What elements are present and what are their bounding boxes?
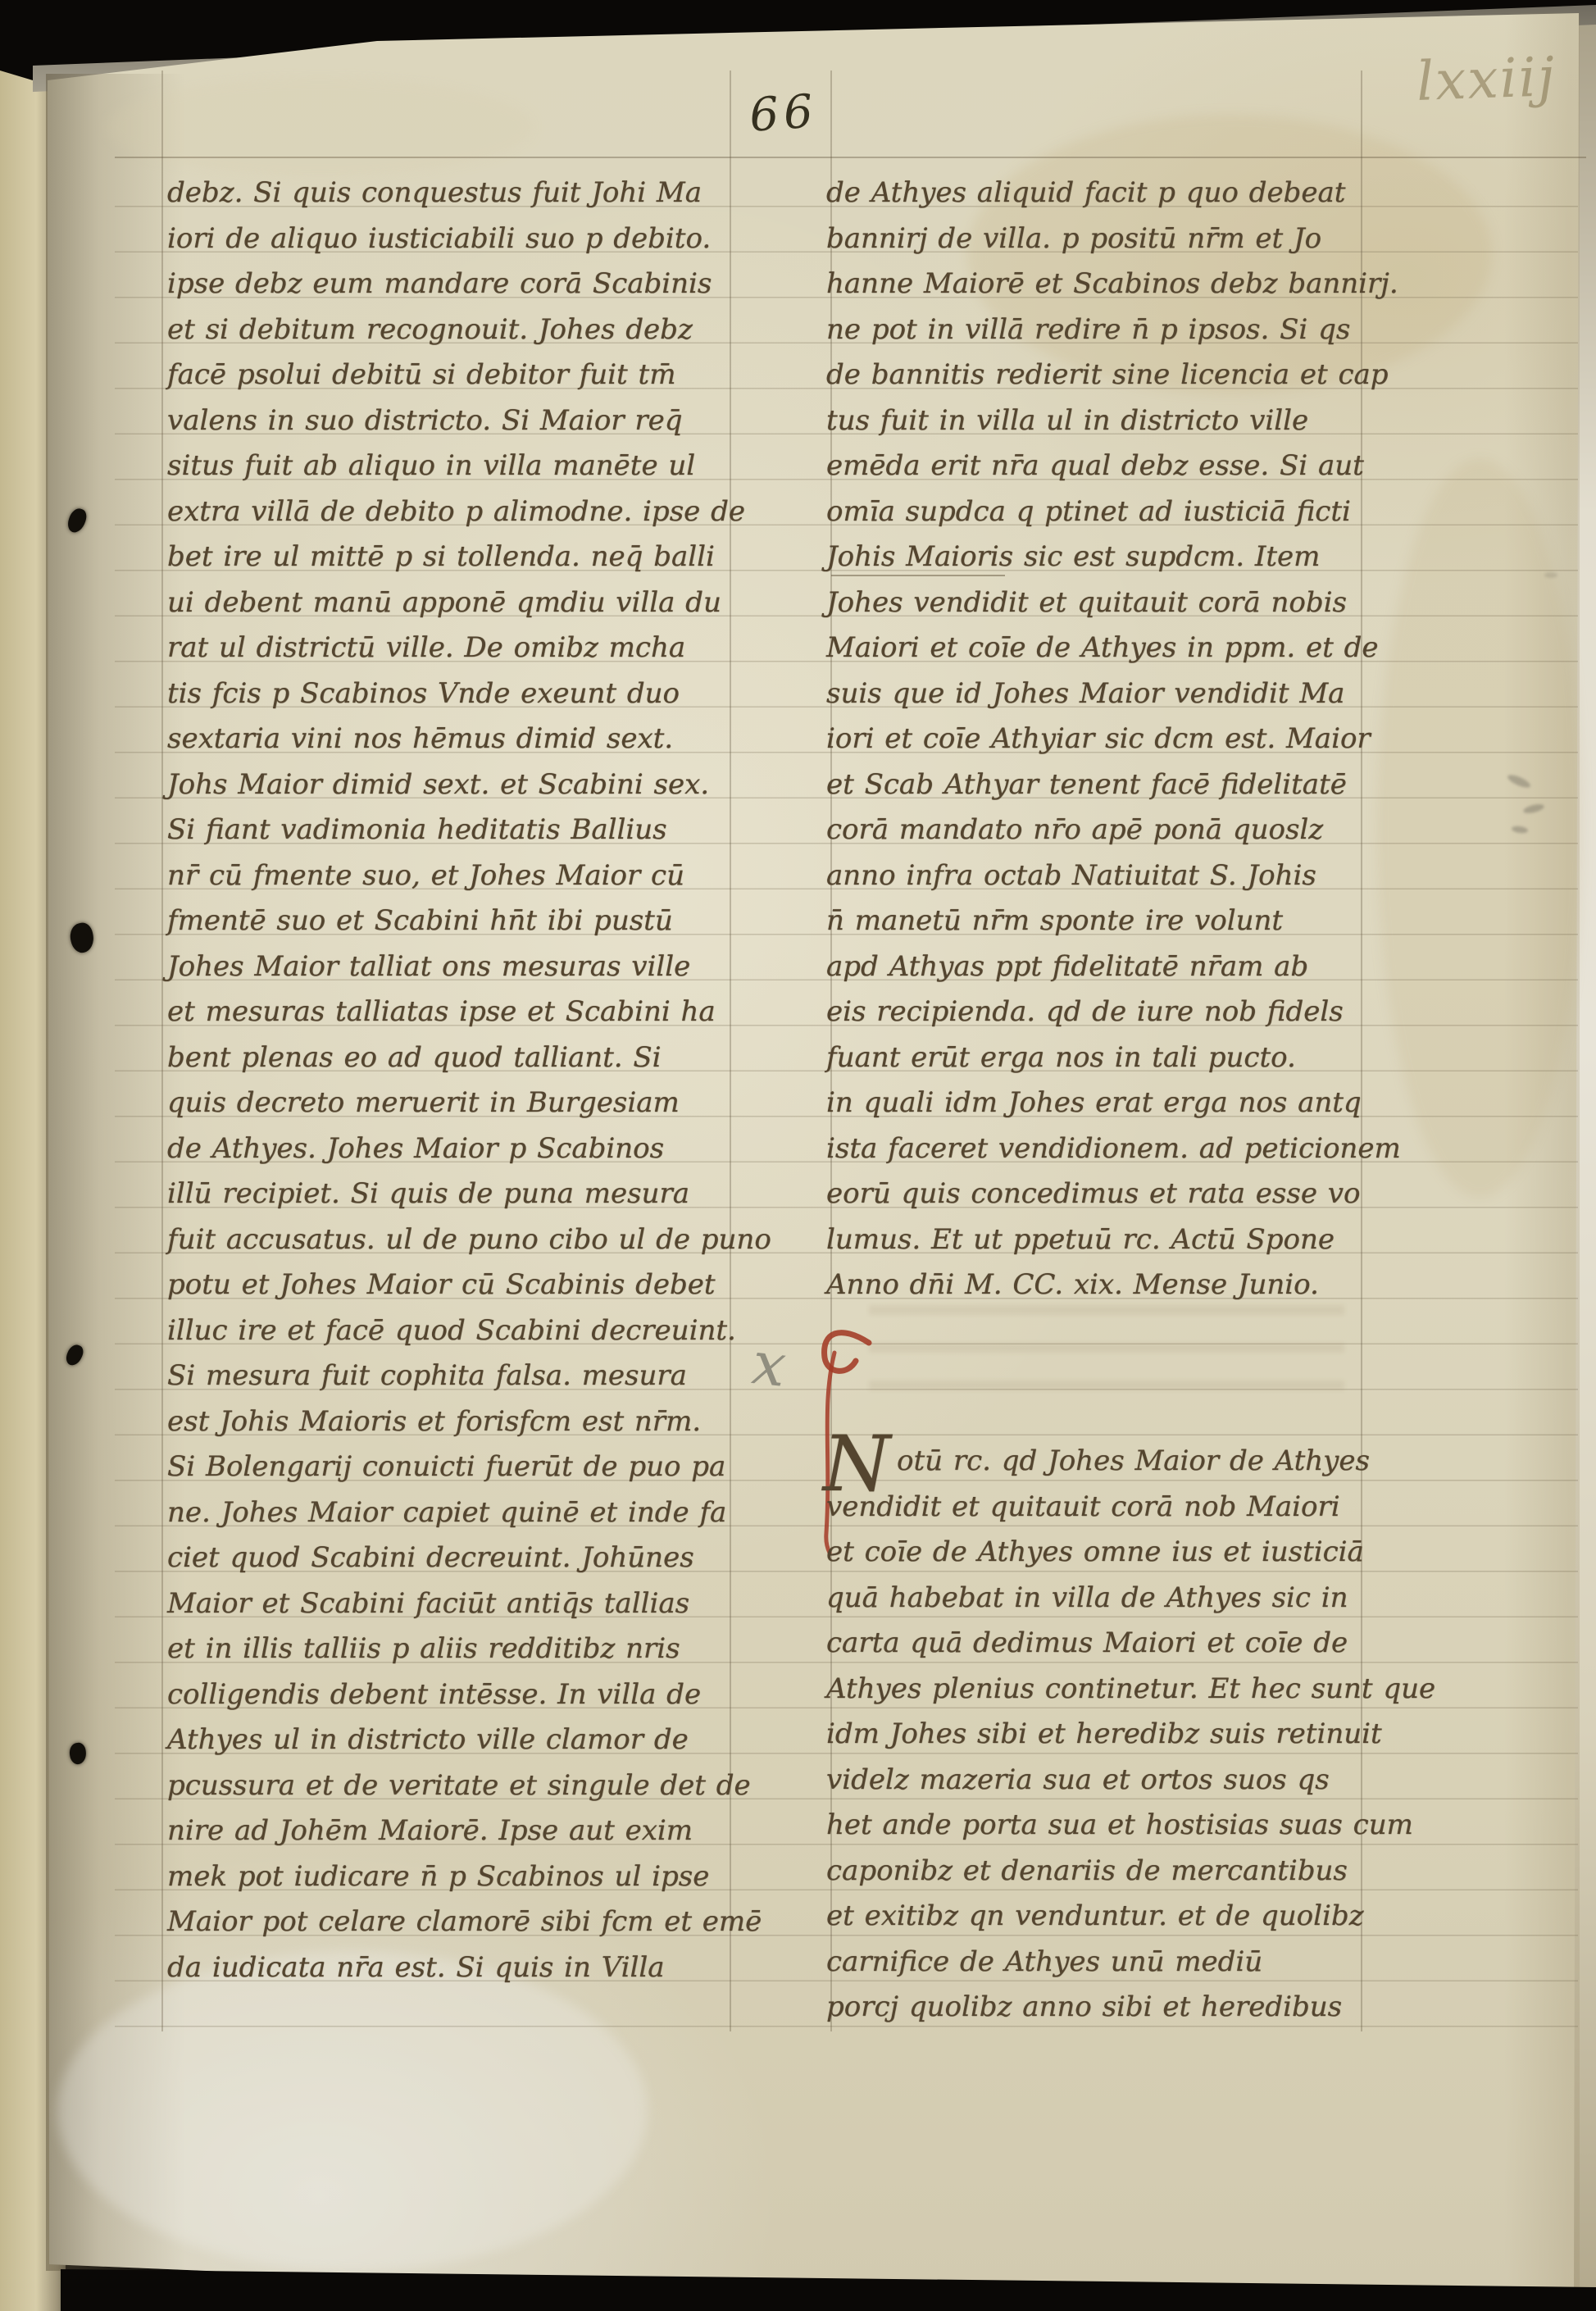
text-line: et mesuras talliatas ipse et Scabini ha xyxy=(167,989,746,1035)
text-line: Si Bolengarij conuicti fuerūt de puo pa xyxy=(167,1444,746,1490)
text-line: nire ad Johēm Maiorē. Ipse aut exim xyxy=(167,1808,746,1854)
text-line: eorū quis concedimus et rata esse vo xyxy=(826,1171,1400,1217)
text-line: vendidit et quitauit corā nob Maiori xyxy=(826,1485,1400,1531)
folio-number-inscription: lxxiij xyxy=(1416,45,1557,113)
show-through-text xyxy=(869,1305,1344,1416)
text-line: Johs Maior dimid sext. et Scabini sex. xyxy=(167,762,746,808)
text-line: extra villā de debito p alimodne. ipse d… xyxy=(167,489,746,535)
text-line: et si debitum recognouit. Johes debz xyxy=(167,307,746,353)
text-line: et coīe de Athyes omne ius et iusticiā xyxy=(826,1530,1400,1576)
ruling-line-vertical xyxy=(161,71,163,2031)
text-line: Si fiant vadimonia heditatis Ballius xyxy=(167,807,746,853)
text-line: mek pot iudicare n̄ p Scabinos ul ipse xyxy=(167,1854,746,1900)
text-column-left: debz. Si quis conquestus fuit Johi Maior… xyxy=(167,171,746,1990)
ruling-line-top xyxy=(115,157,1586,158)
text-line: Johis Maioris sic est supdcm. Item xyxy=(826,535,1400,580)
text-line: het ande porta sua et hostisias suas cum xyxy=(826,1803,1400,1849)
text-line: porcj quolibz anno sibi et heredibus xyxy=(826,1985,1400,2031)
text-line: et Scab Athyar tenent facē fidelitatē xyxy=(826,762,1400,808)
text-line: potu et Johes Maior cū Scabinis debet xyxy=(167,1262,746,1308)
text-line: et exitibz qn venduntur. et de quolibz xyxy=(826,1894,1400,1940)
text-line: ne. Johes Maior capiet quinē et inde fa xyxy=(167,1490,746,1536)
text-line: iori et coīe Athyiar sic dcm est. Maior xyxy=(826,717,1400,762)
text-line: ciet quod Scabini decreuint. Johūnes xyxy=(167,1535,746,1581)
text-line: de bannitis redierit sine licencia et ca… xyxy=(826,353,1400,398)
text-line: otū rc. qd Johes Maior de Athyes xyxy=(826,1439,1400,1485)
text-line: tus fuit in villa ul in districto ville xyxy=(826,398,1400,444)
text-line: valens in suo districto. Si Maior req̄ xyxy=(167,398,746,444)
text-line: ui debent manū apponē qmdiu villa du xyxy=(167,580,746,626)
text-line: Athyes ul in districto ville clamor de xyxy=(167,1717,746,1763)
text-line: est Johis Maioris et forisfcm est nr̄m. xyxy=(167,1399,746,1445)
text-line: pcussura et de veritate et singule det d… xyxy=(167,1763,746,1809)
text-line: lumus. Et ut ppetuū rc. Actū Spone xyxy=(826,1217,1400,1263)
text-line: nr̄ cū fmente suo, et Johes Maior cū xyxy=(167,853,746,899)
text-line: eis recipienda. qd de iure nob fidels xyxy=(826,989,1400,1035)
text-line: situs fuit ab aliquo in villa manēte ul xyxy=(167,444,746,489)
text-column-right-block2: otū rc. qd Johes Maior de Athyesvendidit… xyxy=(826,1439,1400,2031)
text-line: omīa supdca q ptinet ad iusticiā ficti xyxy=(826,489,1400,535)
text-line: iori de aliquo iusticiabili suo p debito… xyxy=(167,216,746,262)
text-line: anno infra octab Natiuitat S. Johis xyxy=(826,853,1400,899)
text-line: bannirj de villa. p positū nr̄m et Jo xyxy=(826,216,1400,262)
text-line: quā habebat in villa de Athyes sic in xyxy=(826,1576,1400,1622)
text-line: de Athyes. Johes Maior p Scabinos xyxy=(167,1126,746,1172)
text-line: n̄ manetū nr̄m sponte ire volunt xyxy=(826,898,1400,944)
text-line: caponibz et denariis de mercantibus xyxy=(826,1849,1400,1895)
text-line: emēda erit nr̄a qual debz esse. Si aut xyxy=(826,444,1400,489)
parchment-stain xyxy=(107,78,533,176)
text-line: ista faceret vendidionem. ad peticionem xyxy=(826,1126,1400,1172)
page-number: 66 xyxy=(733,84,834,143)
text-line: colligendis debent intēsse. In villa de xyxy=(167,1672,746,1718)
text-line: rat ul districtū ville. De omibz mcha xyxy=(167,626,746,671)
text-line: carta quā dedimus Maiori et coīe de xyxy=(826,1621,1400,1667)
text-line: Maior et Scabini faciūt antiq̄s tallias xyxy=(167,1581,746,1627)
text-line: Johes Maior talliat ons mesuras ville xyxy=(167,944,746,990)
text-line: illū recipiet. Si quis de puna mesura xyxy=(167,1171,746,1217)
text-line: fmentē suo et Scabini hn̄t ibi pustū xyxy=(167,898,746,944)
text-line: tis fcis p Scabinos Vnde exeunt duo xyxy=(167,671,746,717)
text-line: fuit accusatus. ul de puno cibo ul de pu… xyxy=(167,1217,746,1263)
text-line: da iudicata nr̄a est. Si quis in Villa xyxy=(167,1945,746,1991)
text-line: ne pot in villā redire n̄ p ipsos. Si qs xyxy=(826,307,1400,353)
text-line: in quali idm Johes erat erga nos antq xyxy=(826,1080,1400,1126)
manuscript-photo: 66 lxxiij debz. Si quis conquestus fuit … xyxy=(0,0,1596,2311)
text-line: illuc ire et facē quod Scabini decreuint… xyxy=(167,1308,746,1354)
text-line: debz. Si quis conquestus fuit Johi Ma xyxy=(167,171,746,216)
ink-smudge xyxy=(1544,572,1557,578)
text-line: bent plenas eo ad quod talliant. Si xyxy=(167,1035,746,1081)
text-line: Si mesura fuit cophita falsa. mesura xyxy=(167,1353,746,1399)
text-column-right-block1: de Athyes aliquid facit p quo debeatbann… xyxy=(826,171,1400,1308)
text-line: idm Johes sibi et heredibz suis retinuit xyxy=(826,1712,1400,1758)
text-line: videlz mazeria sua et ortos suos qs xyxy=(826,1758,1400,1804)
underline-mark xyxy=(831,575,1005,576)
text-line: sextaria vini nos hēmus dimid sext. xyxy=(167,717,746,762)
text-line: Athyes plenius continetur. Et hec sunt q… xyxy=(826,1667,1400,1713)
text-line: et in illis talliis p aliis redditibz nr… xyxy=(167,1626,746,1672)
text-line: suis que id Johes Maior vendidit Ma xyxy=(826,671,1400,717)
text-line: Maiori et coīe de Athyes in ppm. et de xyxy=(826,626,1400,671)
text-line: facē psolui debitū si debitor fuit tm̄ xyxy=(167,353,746,398)
text-line: apd Athyas ppt fidelitatē nr̄am ab xyxy=(826,944,1400,990)
text-line: ipse debz eum mandare corā Scabinis xyxy=(167,262,746,307)
text-line: bet ire ul mittē p si tollenda. neq̄ bal… xyxy=(167,535,746,580)
text-line: carnifice de Athyes unū mediū xyxy=(826,1940,1400,1986)
text-line: de Athyes aliquid facit p quo debeat xyxy=(826,171,1400,216)
text-line: quis decreto meruerit in Burgesiam xyxy=(167,1080,746,1126)
text-line: Johes vendidit et quitauit corā nobis xyxy=(826,580,1400,626)
text-line: hanne Maiorē et Scabinos debz bannirj. xyxy=(826,262,1400,307)
text-line: fuant erūt erga nos in tali pucto. xyxy=(826,1035,1400,1081)
text-line: Maior pot celare clamorē sibi fcm et emē xyxy=(167,1899,746,1945)
text-line: Anno dn̄i M. CC. xix. Mense Junio. xyxy=(826,1262,1400,1308)
text-line: corā mandato nr̄o apē ponā quoslz xyxy=(826,807,1400,853)
